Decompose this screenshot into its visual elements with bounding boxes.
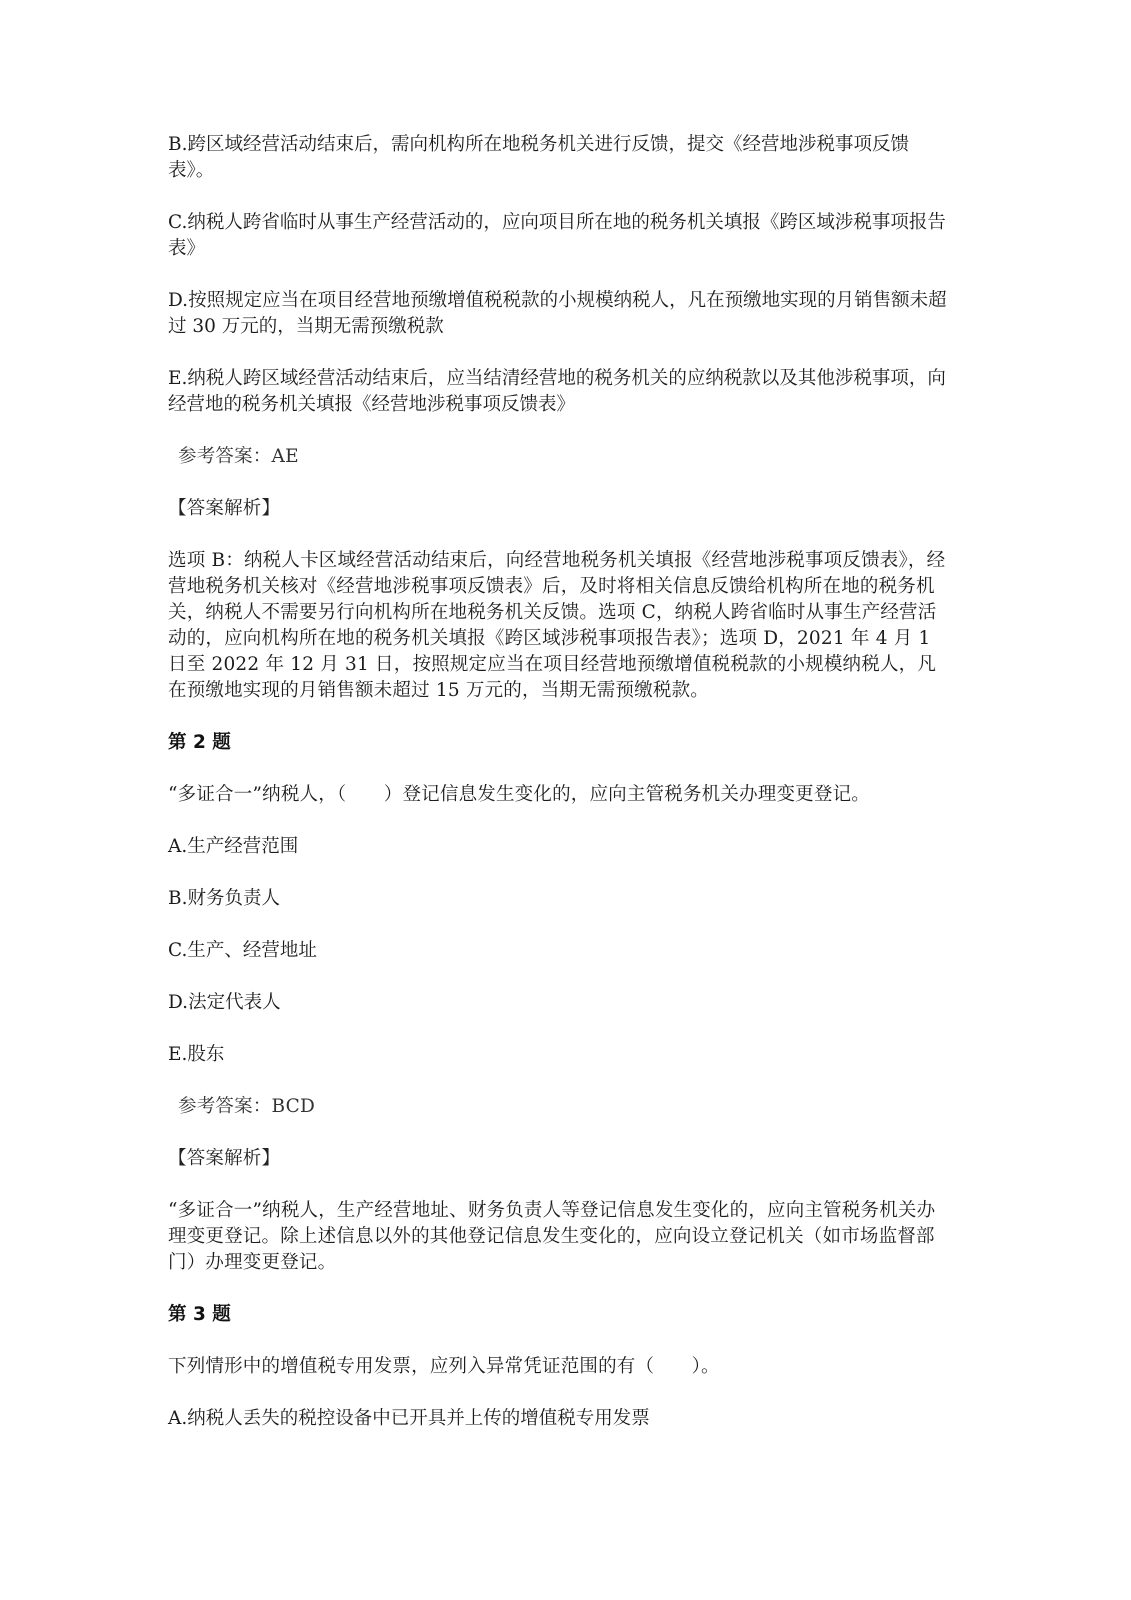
- option-label: D.: [168, 290, 188, 311]
- option-c: C.纳税人跨省临时从事生产经营活动的，应向项目所在地的税务机关填报《跨区域涉税事…: [168, 210, 948, 262]
- option-d: D.法定代表人: [168, 990, 948, 1016]
- option-text: 生产经营范围: [187, 836, 298, 857]
- option-label: E.: [168, 1044, 187, 1065]
- option-label: C.: [168, 212, 187, 233]
- option-label: B.: [168, 888, 187, 909]
- analysis-title: 【答案解析】: [168, 1146, 948, 1172]
- option-label: E.: [168, 368, 187, 389]
- option-text: 股东: [187, 1044, 224, 1065]
- document-page: B.跨区域经营活动结束后，需向机构所在地税务机关进行反馈，提交《经营地涉税事项反…: [168, 132, 948, 1458]
- option-label: A.: [168, 1408, 187, 1429]
- question-1-tail: B.跨区域经营活动结束后，需向机构所在地税务机关进行反馈，提交《经营地涉税事项反…: [168, 132, 948, 704]
- option-text: 纳税人跨省临时从事生产经营活动的，应向项目所在地的税务机关填报《跨区域涉税事项报…: [168, 212, 946, 259]
- option-d: D.按照规定应当在项目经营地预缴增值税税款的小规模纳税人，凡在预缴地实现的月销售…: [168, 288, 948, 340]
- question-stem: “多证合一”纳税人，（ ）登记信息发生变化的，应向主管税务机关办理变更登记。: [168, 782, 948, 808]
- option-a: A.纳税人丢失的税控设备中已开具并上传的增值税专用发票: [168, 1406, 948, 1432]
- question-2: 第 2 题 “多证合一”纳税人，（ ）登记信息发生变化的，应向主管税务机关办理变…: [168, 730, 948, 1276]
- option-b: B.跨区域经营活动结束后，需向机构所在地税务机关进行反馈，提交《经营地涉税事项反…: [168, 132, 948, 184]
- option-e: E.股东: [168, 1042, 948, 1068]
- option-text: 生产、经营地址: [187, 940, 317, 961]
- reference-answer: 参考答案：BCD: [168, 1094, 948, 1120]
- option-text: 纳税人丢失的税控设备中已开具并上传的增值税专用发票: [187, 1408, 650, 1429]
- analysis-text: “多证合一”纳税人，生产经营地址、财务负责人等登记信息发生变化的，应向主管税务机…: [168, 1198, 948, 1276]
- analysis-text: 选项 B：纳税人卡区域经营活动结束后，向经营地税务机关填报《经营地涉税事项反馈表…: [168, 548, 948, 704]
- question-3: 第 3 题 下列情形中的增值税专用发票，应列入异常凭证范围的有（ ）。 A.纳税…: [168, 1302, 948, 1432]
- option-label: C.: [168, 940, 187, 961]
- option-text: 法定代表人: [188, 992, 281, 1013]
- option-text: 财务负责人: [187, 888, 280, 909]
- option-b: B.财务负责人: [168, 886, 948, 912]
- option-label: B.: [168, 134, 187, 155]
- answer-value: AE: [272, 446, 299, 467]
- analysis-title: 【答案解析】: [168, 496, 948, 522]
- question-heading: 第 2 题: [168, 730, 948, 756]
- option-label: D.: [168, 992, 188, 1013]
- answer-label: 参考答案：: [178, 1096, 272, 1117]
- option-c: C.生产、经营地址: [168, 938, 948, 964]
- option-text: 跨区域经营活动结束后，需向机构所在地税务机关进行反馈，提交《经营地涉税事项反馈表…: [168, 134, 909, 181]
- answer-label: 参考答案：: [178, 446, 272, 467]
- answer-value: BCD: [272, 1096, 316, 1117]
- option-a: A.生产经营范围: [168, 834, 948, 860]
- question-heading: 第 3 题: [168, 1302, 948, 1328]
- option-e: E.纳税人跨区域经营活动结束后，应当结清经营地的税务机关的应纳税款以及其他涉税事…: [168, 366, 948, 418]
- option-text: 纳税人跨区域经营活动结束后，应当结清经营地的税务机关的应纳税款以及其他涉税事项，…: [168, 368, 946, 415]
- option-text: 按照规定应当在项目经营地预缴增值税税款的小规模纳税人，凡在预缴地实现的月销售额未…: [168, 290, 947, 337]
- question-stem: 下列情形中的增值税专用发票，应列入异常凭证范围的有（ ）。: [168, 1354, 948, 1380]
- reference-answer: 参考答案：AE: [168, 444, 948, 470]
- option-label: A.: [168, 836, 187, 857]
